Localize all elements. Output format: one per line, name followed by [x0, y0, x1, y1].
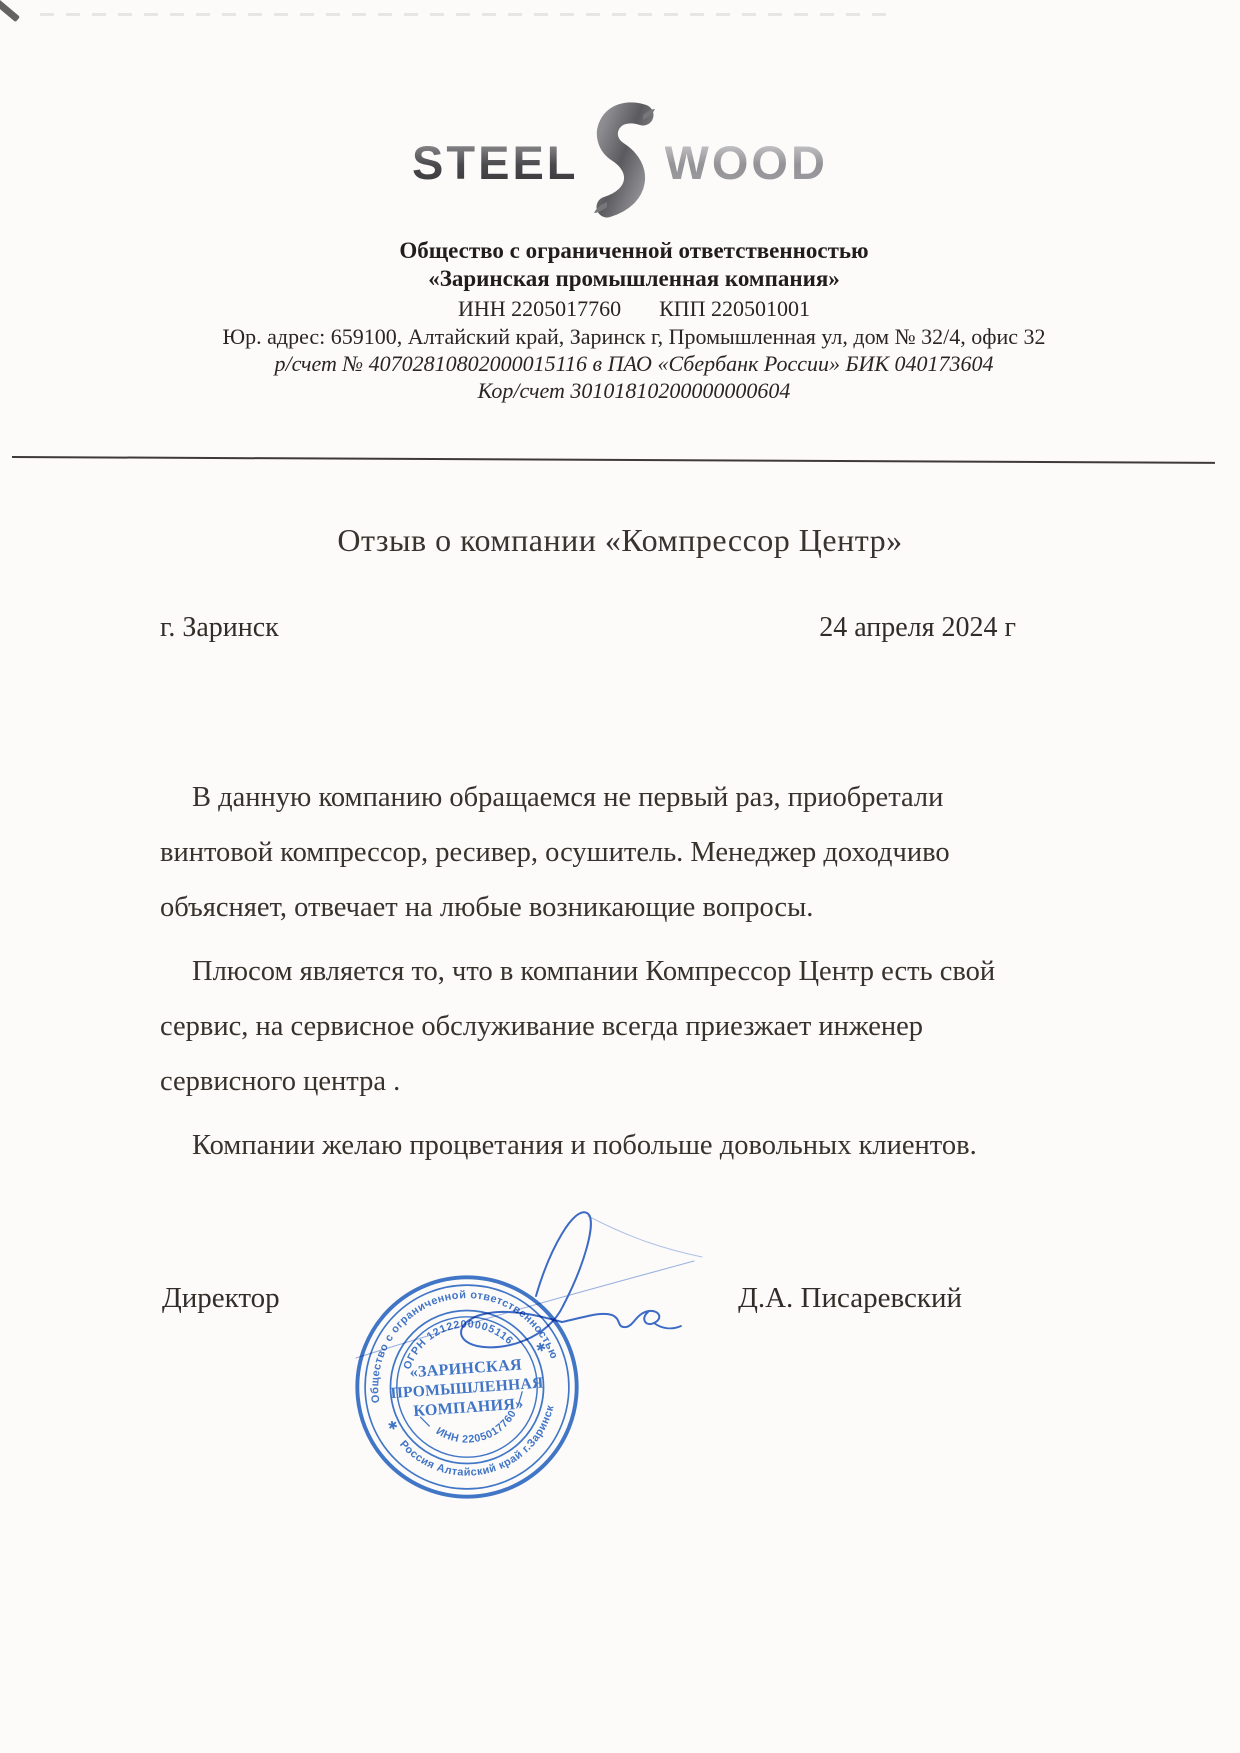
logo-text-wood: WOOD [665, 139, 828, 186]
scan-corner-artifact [0, 0, 20, 22]
org-type: Общество с ограниченной ответственностью [14, 238, 1240, 264]
company-logo: STEEL WOOD [0, 104, 1240, 220]
org-corr-account: Кор/счет 30101810200000000604 [14, 378, 1240, 404]
inn-kpp-line: ИНН 2205017760КПП 220501001 [14, 296, 1240, 322]
document-page: STEEL WOOD Общество с ограниченной ответ… [0, 0, 1240, 1753]
org-name: «Заринская промышленная компания» [14, 266, 1240, 292]
scan-noise-streak [40, 13, 890, 16]
org-kpp: КПП 220501001 [659, 296, 810, 321]
handwritten-signature [340, 1075, 720, 1375]
signature-role: Директор [162, 1282, 280, 1315]
letter-date: 24 апреля 2024 г [819, 612, 1016, 644]
signature-name: Д.А. Писаревский [738, 1282, 962, 1315]
org-bank-account: р/счет № 40702810802000015116 в ПАО «Сбе… [14, 351, 1240, 377]
header-divider [12, 456, 1215, 464]
letter-city: г. Заринск [160, 612, 279, 644]
org-inn: ИНН 2205017760 [458, 296, 621, 321]
letter-meta: г. Заринск 24 апреля 2024 г [160, 612, 1016, 644]
org-address: Юр. адрес: 659100, Алтайский край, Зарин… [14, 324, 1240, 350]
letter-paragraph-1: В данную компанию обращаемся не первый р… [160, 770, 1038, 935]
logo-s-icon [586, 102, 658, 220]
letter-title: Отзыв о компании «Компрессор Центр» [0, 522, 1240, 559]
logo-text-steel: STEEL [412, 139, 578, 186]
